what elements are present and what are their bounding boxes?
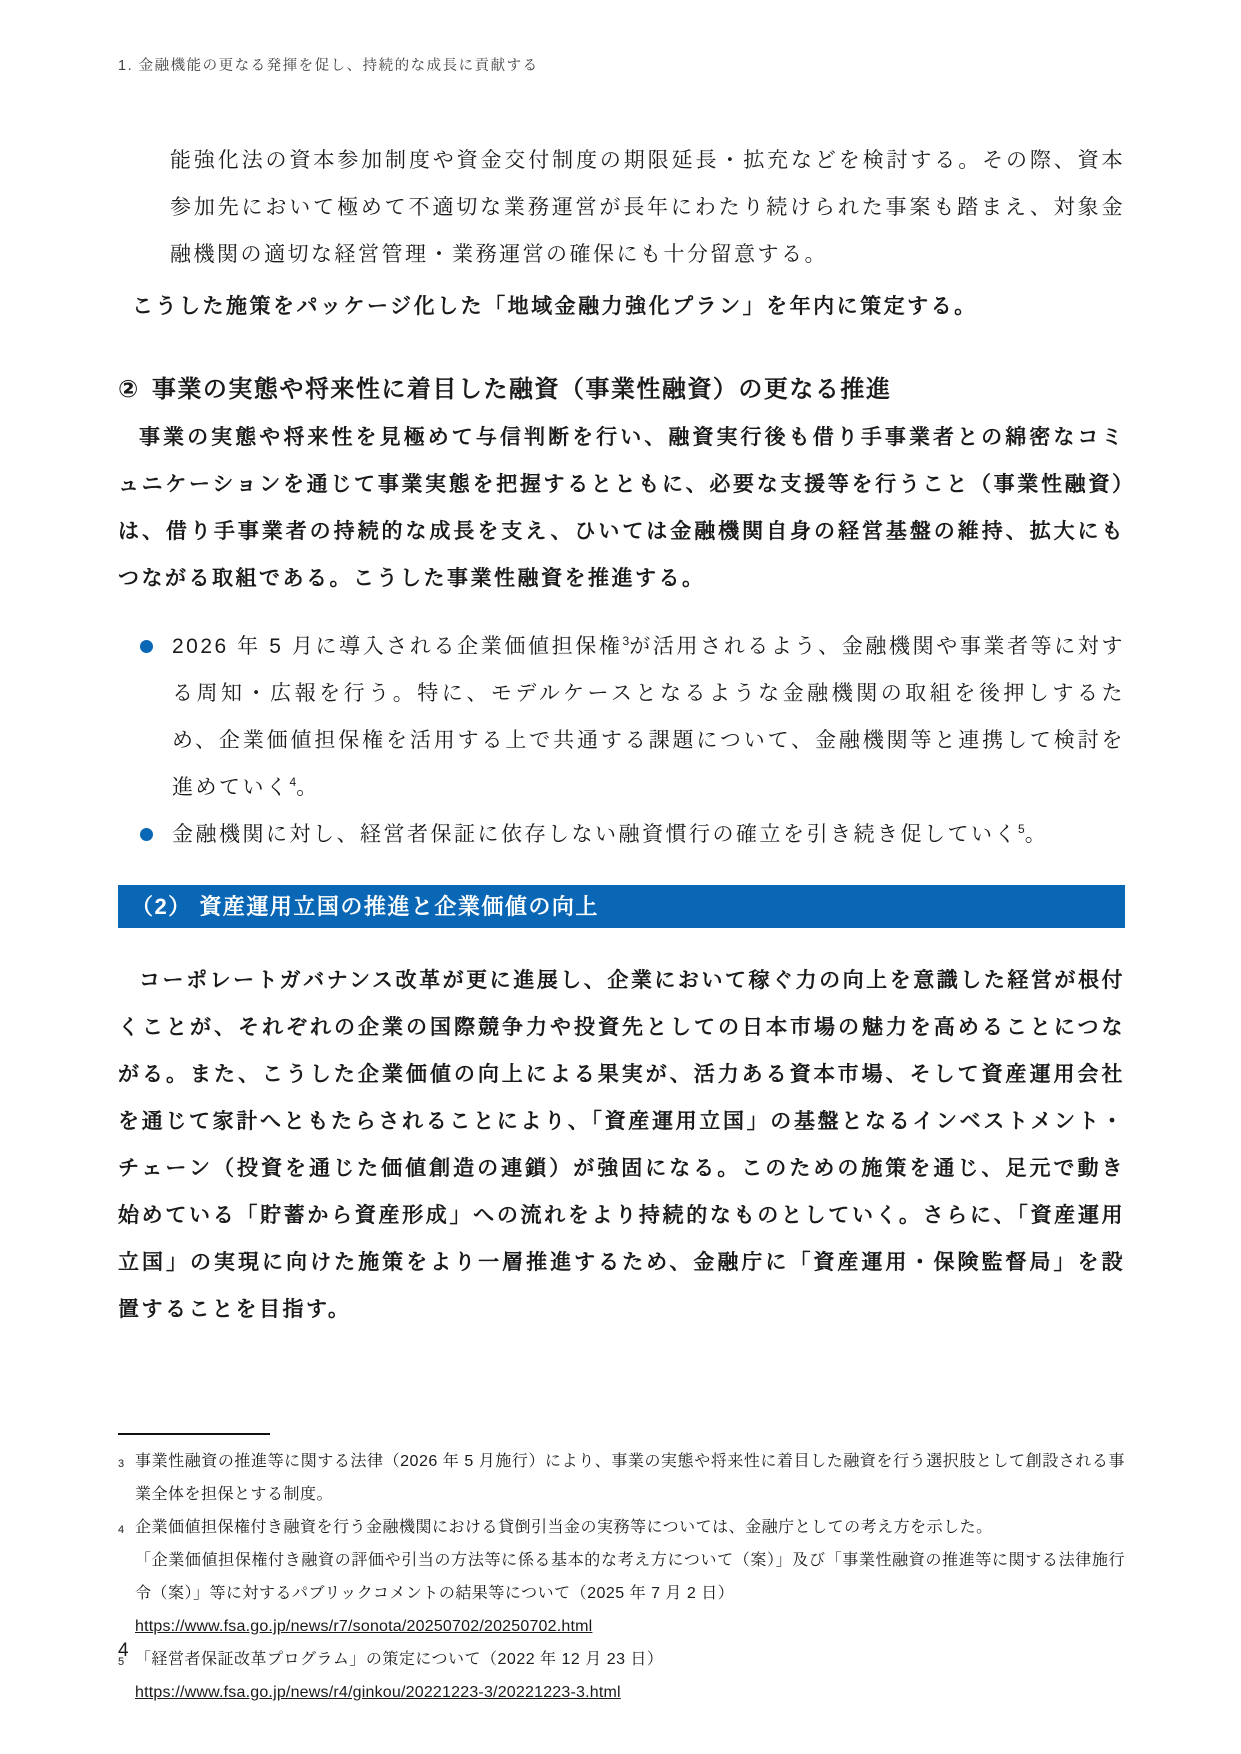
footnote-text: 「経営者保証改革プログラム」の策定について（2022 年 12 月 23 日） (135, 1643, 1125, 1676)
bullet-text: 金融機関に対し、経営者保証に依存しない融資慣行の確立を引き続き促していく (172, 823, 1018, 846)
bullet-dot-icon (140, 640, 153, 653)
section-paragraph: コーポレートガバナンス改革が更に進展し、企業において稼ぐ力の向上を意識した経営が… (118, 957, 1125, 1333)
footnote-ref-5: 5 (1018, 822, 1025, 836)
page-number: 4 (118, 1640, 129, 1662)
subsection-heading: ② 事業の実態や将来性に着目した融資（事業性融資）の更なる推進 (118, 371, 1125, 409)
continuation-paragraph: 能強化法の資本参加制度や資金交付制度の期限延長・拡充などを検討する。その際、資本… (170, 137, 1125, 278)
footnote-text: 「企業価値担保権付き融資の評価や引当の方法等に係る基本的な考え方について（案）」… (135, 1544, 1125, 1610)
lead-paragraph: 事業の実態や将来性を見極めて与信判断を行い、融資実行後も借り手事業者との綿密なコ… (118, 414, 1125, 602)
footnote-4: 4 企業価値担保権付き融資を行う金融機関における貸倒引当金の実務等については、金… (118, 1511, 1125, 1643)
section-heading-bar: （2） 資産運用立国の推進と企業価値の向上 (118, 885, 1125, 928)
bullet-text: 。 (296, 776, 320, 799)
footnote-marker: 3 (118, 1448, 124, 1481)
footnotes-area: 3 事業性融資の推進等に関する法律（2026 年 5 月施行）により、事業の実態… (118, 1445, 1125, 1709)
footnote-separator (118, 1433, 270, 1435)
bullet-text: が活用されるよう、金融機関や事業者等に対する周知・広報を行う。特に、モデルケース… (172, 635, 1125, 799)
package-statement: こうした施策をパッケージ化した「地域金融力強化プラン」を年内に策定する。 (118, 283, 1125, 330)
footnote-text: 事業性融資の推進等に関する法律（2026 年 5 月施行）により、事業の実態や将… (135, 1453, 1125, 1503)
bullet-dot-icon (140, 828, 153, 841)
footnote-link[interactable]: https://www.fsa.go.jp/news/r7/sonota/202… (135, 1610, 592, 1643)
subsection-number: ② (118, 371, 140, 409)
bullet-item: 2026 年 5 月に導入される企業価値担保権3が活用されるよう、金融機関や事業… (118, 623, 1125, 811)
footnote-text: 企業価値担保権付き融資を行う金融機関における貸倒引当金の実務等については、金融庁… (135, 1511, 1125, 1544)
footnote-5: 5 「経営者保証改革プログラム」の策定について（2022 年 12 月 23 日… (118, 1643, 1125, 1709)
bullet-text: 。 (1025, 823, 1049, 846)
footnote-3: 3 事業性融資の推進等に関する法律（2026 年 5 月施行）により、事業の実態… (118, 1445, 1125, 1511)
chapter-header: 1. 金融機能の更なる発揮を促し、持続的な成長に貢献する (118, 55, 1125, 77)
subsection-title: 事業の実態や将来性に着目した融資（事業性融資）の更なる推進 (152, 371, 892, 409)
bullet-item: 金融機関に対し、経営者保証に依存しない融資慣行の確立を引き続き促していく5。 (118, 811, 1125, 858)
footnote-link[interactable]: https://www.fsa.go.jp/news/r4/ginkou/202… (135, 1676, 621, 1709)
bullet-text: 2026 年 5 月に導入される企業価値担保権 (172, 635, 622, 658)
footnote-marker: 4 (118, 1514, 124, 1547)
document-page: 1. 金融機能の更なる発揮を促し、持続的な成長に貢献する 能強化法の資本参加制度… (0, 0, 1241, 1754)
